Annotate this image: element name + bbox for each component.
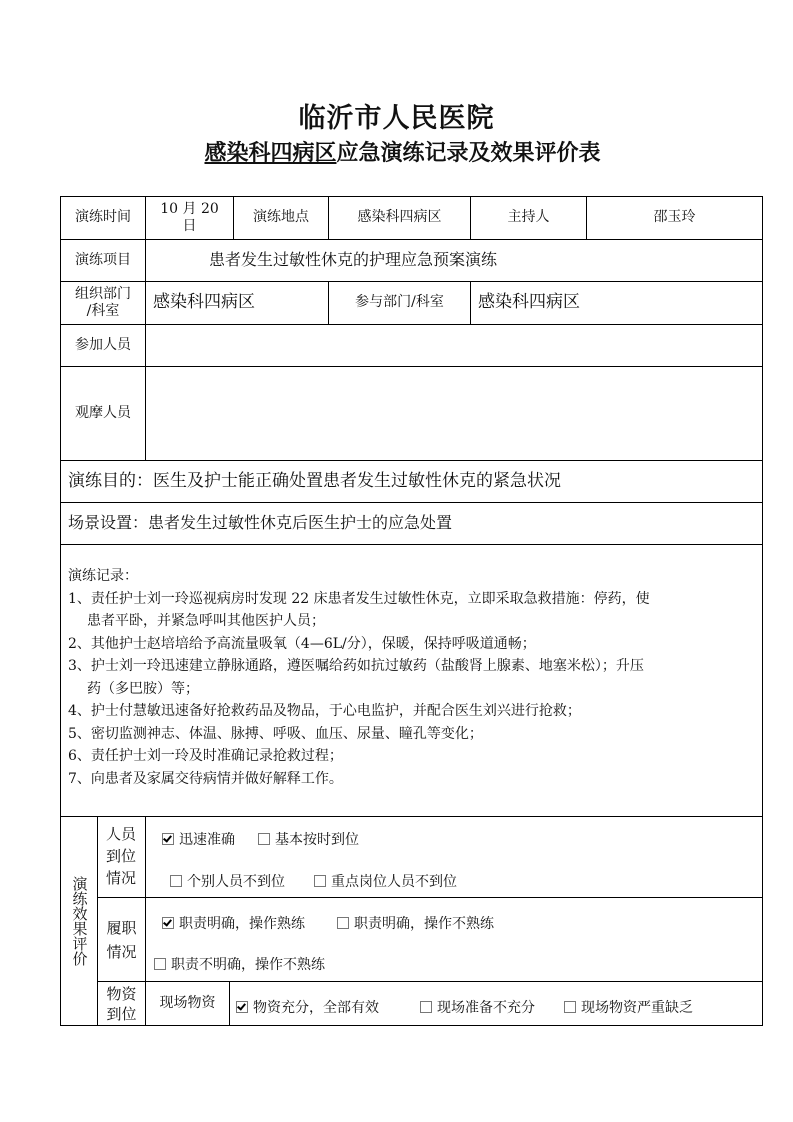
staff-option-2-label: 基本按时到位 <box>275 832 359 848</box>
participants-value[interactable] <box>145 324 763 367</box>
org-label: 组织部门 /科室 <box>60 281 146 325</box>
observers-label: 观摩人员 <box>60 366 146 461</box>
duty-option-1[interactable]: 职责明确，操作熟练 <box>162 913 305 933</box>
host-label: 主持人 <box>470 196 587 240</box>
participants-label: 参加人员 <box>60 324 146 367</box>
time-label: 演练时间 <box>60 196 146 240</box>
supplies-option-3[interactable]: 现场物资严重缺乏 <box>564 997 693 1017</box>
form-title: 感染科四病区应急演练记录及效果评价表 <box>0 136 793 167</box>
org-value: 感染科四病区 <box>145 281 329 325</box>
supplies-label: 物资 到位 <box>97 981 146 1026</box>
record-item-1: 1、责任护士刘一玲巡视病房时发现 22 床患者发生过敏性休克，立即采取急救措施：… <box>68 588 758 611</box>
record-item-2: 2、其他护士赵培培给予高流量吸氧（4—6L/分），保暖，保持呼吸道通畅； <box>68 633 758 656</box>
place-label: 演练地点 <box>233 196 329 240</box>
record-item-5: 5、密切监测神志、体温、脉搏、呼吸、血压、尿量、瞳孔等变化； <box>68 723 758 746</box>
form-title-dept: 感染科四病区 <box>192 141 336 166</box>
scenario: 场景设置：患者发生过敏性休克后医生护士的应急处置 <box>60 502 763 545</box>
checkbox-checked-icon[interactable] <box>162 917 174 929</box>
part-label: 参与部门/科室 <box>328 281 471 325</box>
supplies-sub-label: 现场物资 <box>145 981 230 1026</box>
time-value: 10 月 20 日 <box>145 196 234 240</box>
time-value-line1: 10 月 20 <box>160 201 219 218</box>
duty-label: 履职 情况 <box>97 897 146 982</box>
evaluation-section-text: 演练效果评价 <box>69 876 90 966</box>
host-value: 邵玉玲 <box>586 196 763 240</box>
supplies-option-2-label: 现场准备不充分 <box>437 1000 535 1016</box>
place-value: 感染科四病区 <box>328 196 471 240</box>
record-item-3: 3、护士刘一玲迅速建立静脉通路，遵医嘱给药如抗过敏药（盐酸肾上腺素、地塞米松）；… <box>68 655 758 678</box>
duty-label-line1: 履职 <box>106 916 136 940</box>
record-item-4: 4、护士付慧敏迅速备好抢救药品及物品，于心电监护，并配合医生刘兴进行抢救； <box>68 700 758 723</box>
supplies-label-line1: 物资 <box>106 984 136 1004</box>
checkbox-checked-icon[interactable] <box>162 833 174 845</box>
hospital-title: 临沂市人民医院 <box>0 96 793 135</box>
time-value-line2: 日 <box>183 218 197 235</box>
part-value: 感染科四病区 <box>470 281 763 325</box>
staff-option-2[interactable]: 基本按时到位 <box>258 829 359 849</box>
duty-option-3-label: 职责不明确，操作不熟练 <box>171 957 325 973</box>
project-value: 患者发生过敏性休克的护理应急预案演练 <box>145 239 763 282</box>
staff-label: 人员到位情况 <box>97 816 146 898</box>
purpose: 演练目的：医生及护士能正确处置患者发生过敏性休克的紧急状况 <box>60 460 763 503</box>
duty-option-2-label: 职责明确，操作不熟练 <box>354 916 494 932</box>
project-label: 演练项目 <box>60 239 146 282</box>
evaluation-section-label: 演练效果评价 <box>60 816 98 1026</box>
record-item-7: 7、向患者及家属交待病情并做好解释工作。 <box>68 768 758 791</box>
checkbox-icon[interactable] <box>170 875 182 887</box>
staff-option-3-label: 个别人员不到位 <box>187 874 285 890</box>
staff-option-1-label: 迅速准确 <box>179 832 235 848</box>
record-text: 演练记录： 1、责任护士刘一玲巡视病房时发现 22 床患者发生过敏性休克，立即采… <box>68 565 758 790</box>
duty-option-2[interactable]: 职责明确，操作不熟练 <box>337 913 494 933</box>
checkbox-icon[interactable] <box>258 833 270 845</box>
supplies-label-line2: 到位 <box>106 1004 136 1024</box>
record-item-1-cont: 患者平卧，并紧急呼叫其他医护人员； <box>68 610 758 633</box>
record-label: 演练记录： <box>68 565 758 588</box>
checkbox-icon[interactable] <box>420 1001 432 1013</box>
supplies-option-2[interactable]: 现场准备不充分 <box>420 997 535 1017</box>
duty-option-3[interactable]: 职责不明确，操作不熟练 <box>154 954 325 974</box>
record-item-3-cont: 药（多巴胺）等； <box>68 678 758 701</box>
checkbox-checked-icon[interactable] <box>236 1001 248 1013</box>
duty-label-line2: 情况 <box>106 940 136 964</box>
staff-option-4[interactable]: 重点岗位人员不到位 <box>314 871 457 891</box>
checkbox-icon[interactable] <box>564 1001 576 1013</box>
checkbox-icon[interactable] <box>337 917 349 929</box>
staff-option-1[interactable]: 迅速准确 <box>162 829 235 849</box>
supplies-option-3-label: 现场物资严重缺乏 <box>581 1000 693 1016</box>
form-title-rest: 应急演练记录及效果评价表 <box>337 141 601 166</box>
duty-option-1-label: 职责明确，操作熟练 <box>179 916 305 932</box>
staff-option-3[interactable]: 个别人员不到位 <box>170 871 285 891</box>
org-label-line2: /科室 <box>87 303 120 321</box>
observers-value[interactable] <box>145 366 763 461</box>
org-label-line1: 组织部门 <box>75 286 131 304</box>
staff-option-4-label: 重点岗位人员不到位 <box>331 874 457 890</box>
checkbox-icon[interactable] <box>314 875 326 887</box>
supplies-option-1[interactable]: 物资充分，全部有效 <box>236 997 379 1017</box>
staff-label-text: 人员到位情况 <box>106 823 138 889</box>
record-item-6: 6、责任护士刘一玲及时准确记录抢救过程； <box>68 745 758 768</box>
supplies-option-1-label: 物资充分，全部有效 <box>253 1000 379 1016</box>
checkbox-icon[interactable] <box>154 958 166 970</box>
